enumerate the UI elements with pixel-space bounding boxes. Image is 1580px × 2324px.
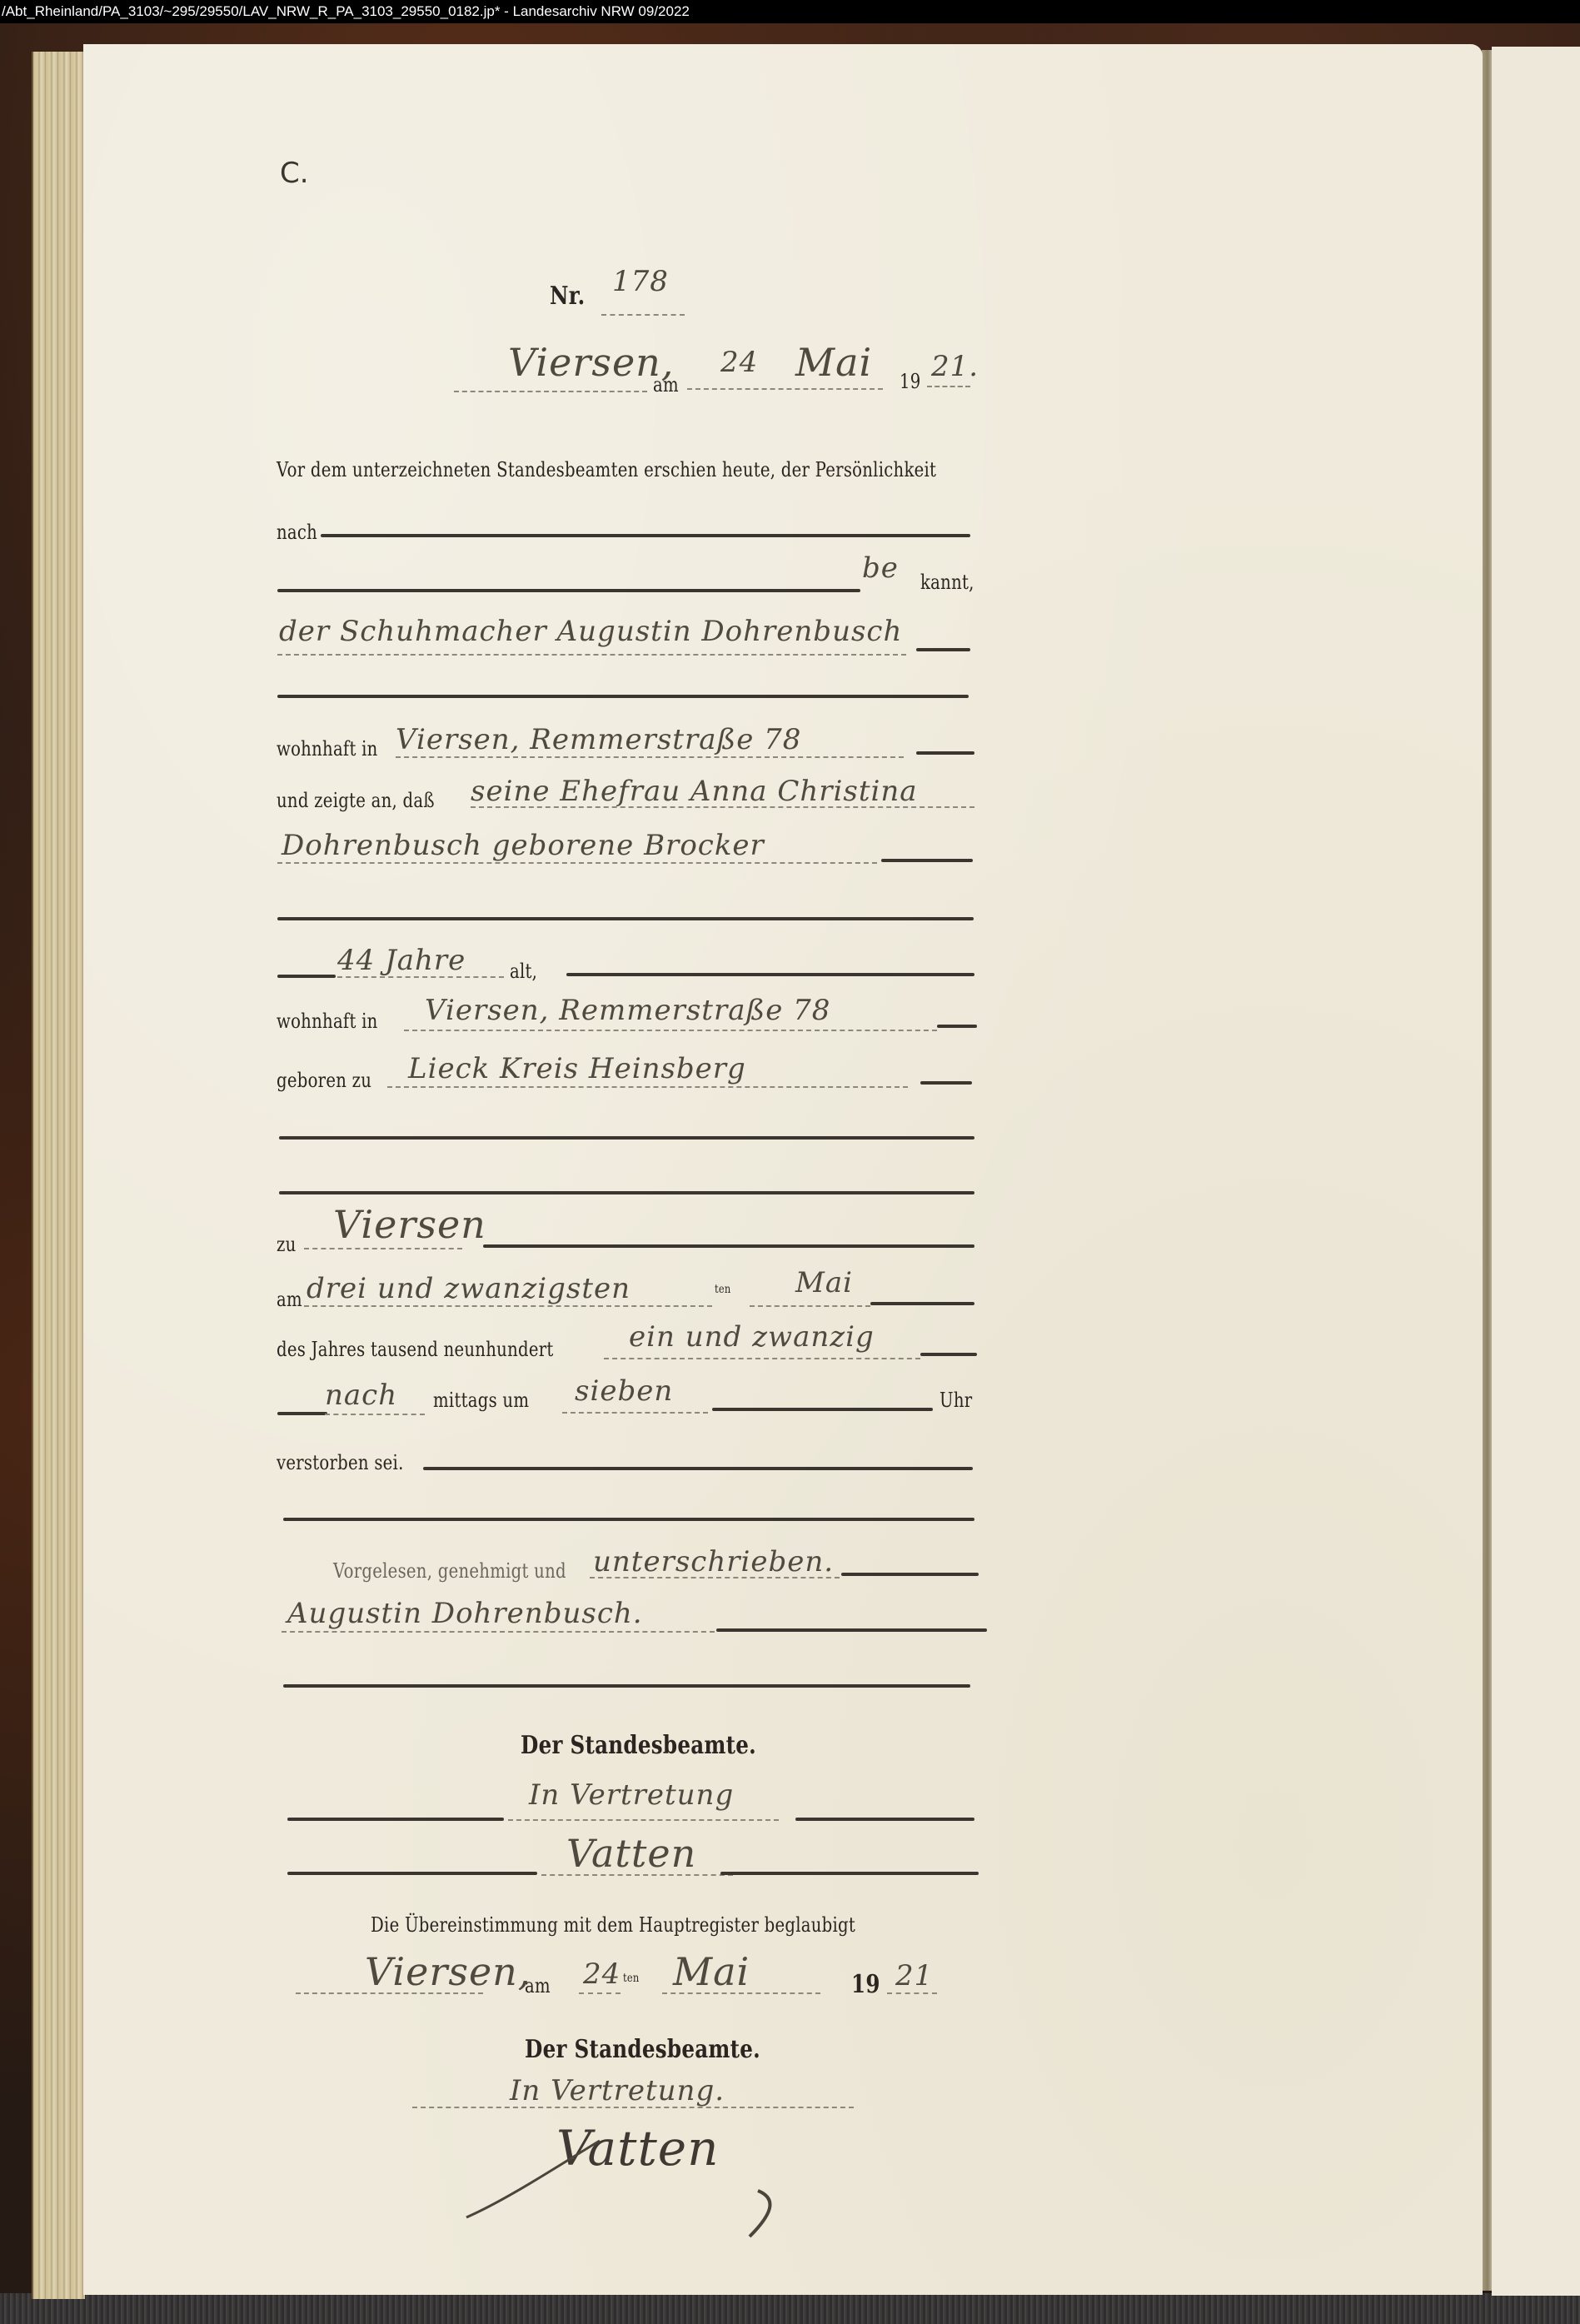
- section-mark: C.: [280, 157, 309, 190]
- death-day: drei und zwanzigsten: [307, 1272, 631, 1305]
- death-place: Viersen: [333, 1202, 486, 1247]
- record-number: 178: [612, 265, 669, 298]
- registrar-in-place: In Vertretung: [529, 1778, 734, 1812]
- read-label: Vorgelesen, genehmigt und: [333, 1559, 566, 1583]
- bekannt-label: kannt,: [920, 571, 974, 594]
- notice-label: und zeigte an, daß: [277, 789, 435, 812]
- notice-rule: [471, 806, 974, 808]
- year-suffix: 21.: [931, 350, 979, 383]
- informant-name: der Schuhmacher Augustin Dohrenbusch: [279, 615, 902, 648]
- cert-year-rule: [887, 1992, 937, 1994]
- time-prefix: nach: [325, 1379, 397, 1412]
- birthplace: Lieck Kreis Heinsberg: [408, 1052, 746, 1085]
- death-place-fill: [483, 1244, 974, 1248]
- registrar-rule-left: [287, 1818, 504, 1821]
- cert-month: Mai: [673, 1949, 750, 1994]
- cert-century-prefix: 19: [851, 1970, 880, 1999]
- page-stack-edge: [32, 52, 85, 2299]
- deceased-residence-rule: [404, 1030, 937, 1031]
- cert-am-label: am: [525, 1974, 551, 1997]
- deceased-residence-label: wohnhaft in: [277, 1010, 378, 1033]
- read-fill: [841, 1573, 979, 1576]
- deceased-line-2: Dohrenbusch geborene Brocker: [282, 829, 765, 862]
- deceased-residence-fill: [937, 1025, 977, 1028]
- am-label: am: [653, 373, 679, 396]
- window-title: /Abt_Rheinland/PA_3103/~295/29550/LAV_NR…: [2, 3, 690, 19]
- time-prefix-fill: [277, 1412, 327, 1415]
- deceased-fill: [881, 859, 973, 862]
- death-place-rule: [304, 1248, 462, 1249]
- cert-year-suffix: 21: [895, 1959, 933, 1992]
- death-month: Mai: [795, 1266, 853, 1299]
- registrar-title: Der Standesbeamte.: [521, 1731, 756, 1760]
- residence-label: wohnhaft in: [277, 737, 378, 761]
- identity-rule-2: [277, 589, 860, 592]
- register-page: [83, 44, 1483, 2295]
- residence-rule: [396, 756, 904, 758]
- registrar-name-rule-left: [287, 1872, 537, 1875]
- blank-rule-5: [283, 1518, 974, 1521]
- time-fill: [712, 1408, 933, 1411]
- certification-text: Die Übereinstimmung mit dem Hauptregiste…: [371, 1913, 855, 1937]
- bekannt-handwritten: be: [862, 551, 899, 585]
- deceased-line-1: seine Ehefrau Anna Christina: [471, 775, 918, 808]
- time-hour-rule: [562, 1412, 708, 1414]
- cert-registrar-title: Der Standesbeamte.: [525, 2035, 760, 2064]
- informant-residence: Viersen, Remmerstraße 78: [396, 723, 801, 756]
- registrar-name-rule-right: [720, 1872, 979, 1875]
- date-rule: [687, 388, 883, 390]
- date-day: 24: [720, 346, 758, 379]
- age-trailing-rule: [566, 973, 974, 976]
- age-value: 44 Jahre: [337, 944, 466, 977]
- year-rule: [927, 386, 970, 387]
- registrar-rule-right: [795, 1818, 974, 1821]
- age-rule: [337, 976, 504, 978]
- blank-rule-6: [283, 1684, 970, 1688]
- birthplace-rule: [387, 1086, 908, 1088]
- date-month: Mai: [795, 340, 872, 385]
- blank-rule-3: [279, 1136, 974, 1140]
- residence-fill: [916, 751, 974, 755]
- deceased-residence: Viersen, Remmerstraße 78: [425, 994, 830, 1027]
- year-label: des Jahres tausend neunhundert: [277, 1338, 554, 1361]
- place-handwritten: Viersen,: [508, 340, 674, 385]
- registrar-name-rule-mid: [541, 1874, 733, 1876]
- century-prefix: 19: [900, 370, 921, 393]
- cert-day: 24: [583, 1957, 621, 1991]
- cert-month-rule: [662, 1992, 820, 1994]
- facing-page-edge: [1492, 47, 1580, 2296]
- deceased-rule: [277, 862, 877, 864]
- time-hour: sieben: [575, 1374, 673, 1408]
- death-place-label: zu: [277, 1233, 297, 1256]
- ten-label: ten: [715, 1283, 731, 1296]
- read-rule: [590, 1577, 840, 1578]
- birthplace-label: geboren zu: [277, 1069, 371, 1092]
- window-title-bar: /Abt_Rheinland/PA_3103/~295/29550/LAV_NR…: [0, 0, 1580, 23]
- place-rule: [454, 391, 647, 392]
- read-handwritten: unterschrieben.: [593, 1545, 834, 1578]
- record-number-rule: [601, 314, 685, 316]
- death-month-rule: [750, 1305, 870, 1307]
- registrar-rule-mid: [508, 1819, 779, 1821]
- informant-rule: [277, 654, 906, 656]
- death-year-fill: [920, 1353, 977, 1356]
- died-label: verstorben sei.: [277, 1451, 404, 1474]
- time-prefix-rule: [325, 1414, 425, 1415]
- intro-text: Vor dem unterzeichneten Standesbeamten e…: [277, 458, 936, 481]
- blank-rule-1: [277, 695, 969, 698]
- time-label: mittags um: [433, 1389, 529, 1412]
- blank-rule-2: [277, 917, 974, 920]
- birthplace-fill: [920, 1081, 972, 1085]
- death-month-fill: [870, 1302, 974, 1305]
- signature-flourish-icon: [450, 2132, 800, 2241]
- uhr-label: Uhr: [940, 1389, 972, 1412]
- informant-signature: Augustin Dohrenbusch.: [287, 1597, 643, 1630]
- informant-signature-fill: [716, 1628, 987, 1632]
- death-year-words: ein und zwanzig: [629, 1320, 875, 1354]
- book-gutter: [1482, 50, 1492, 2291]
- cert-place-rule: [296, 1992, 483, 1994]
- blank-rule-4: [279, 1191, 974, 1194]
- record-number-label: Nr.: [550, 282, 585, 311]
- cert-day-rule: [579, 1992, 621, 1994]
- cert-place: Viersen,: [365, 1949, 531, 1994]
- identity-rule-1: [321, 534, 970, 537]
- death-day-label: am: [277, 1288, 302, 1311]
- scan-backdrop: [0, 2293, 1580, 2324]
- registrar-name: Vatten: [566, 1831, 696, 1876]
- death-year-rule: [604, 1358, 920, 1359]
- cert-ten-label: ten: [623, 1972, 640, 1985]
- cert-in-place-rule: [412, 2107, 854, 2108]
- cert-in-place: In Vertretung.: [510, 2074, 725, 2107]
- age-fill: [277, 975, 336, 978]
- nach-label: nach: [277, 521, 317, 544]
- informant-fill: [916, 648, 970, 651]
- died-rule: [423, 1467, 973, 1470]
- age-label: alt,: [510, 960, 537, 983]
- death-day-rule: [304, 1305, 712, 1307]
- informant-signature-rule: [282, 1631, 715, 1633]
